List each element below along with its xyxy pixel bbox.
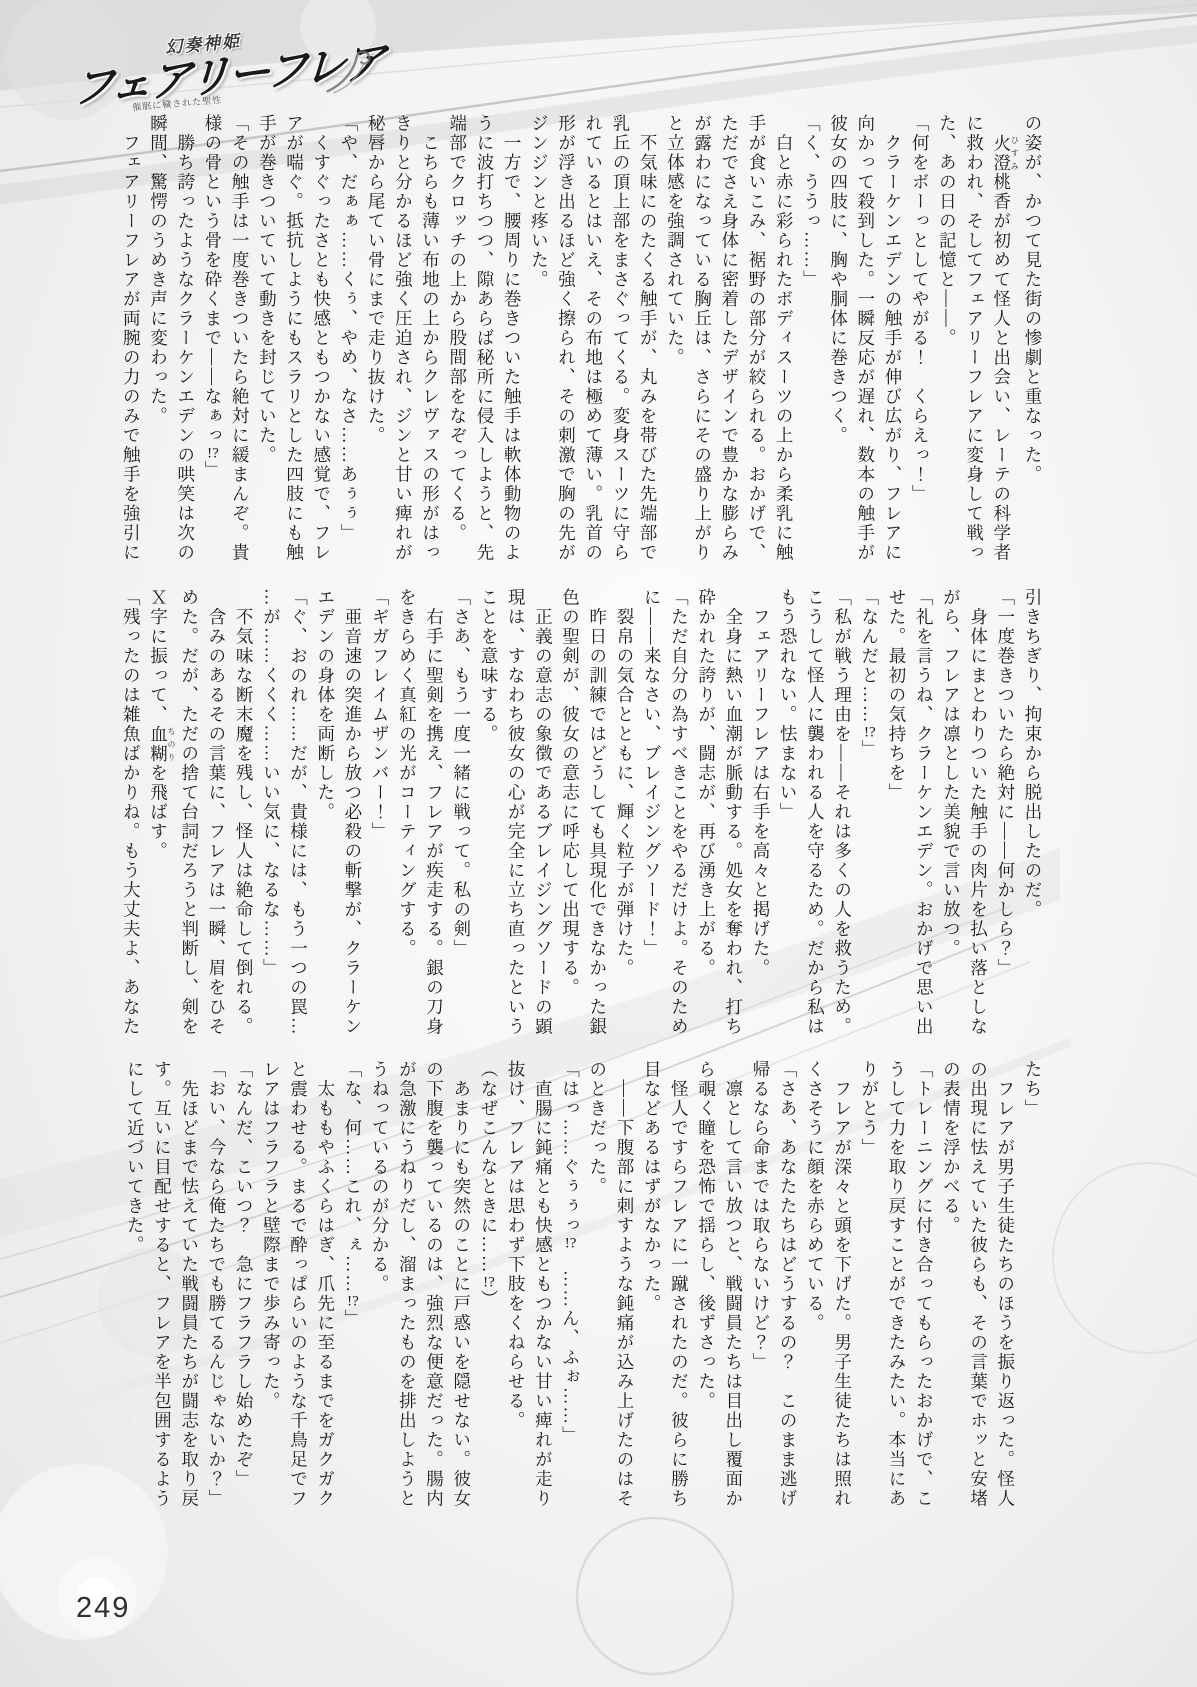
text-column: 裂帛の気合とともに、輝く粒子が弾けた。	[611, 588, 638, 1046]
text-column: ただでさえ身体に密着したデザインで豊かな膨らみ	[716, 114, 743, 572]
text-column: 色の聖剣が、彼女の意志に呼応して出現する。	[556, 588, 583, 1046]
text-column: が露わになっている胸丘は、さらにその盛り上がり	[688, 114, 715, 572]
text-column: Ｘ字に振って、血糊ちのりを飛ばす。	[144, 588, 175, 1046]
text-column: が急激にうねりだし、溜まったものを排出しようと	[393, 1060, 420, 1518]
text-column: 勝ち誇ったようなクラーケンエデンの哄笑は次の	[172, 114, 199, 572]
text-column: 「な、何……これ、ぇ……!?」	[339, 1060, 366, 1518]
text-column: 現は、すなわち彼女の心が完全に立ち直ったという	[502, 588, 529, 1046]
text-column: 一方で、腰周りに巻きついた触手は軟体動物のよ	[498, 114, 525, 572]
text-column: フレアが深々と頭を下げた。男子生徒たちは照れ	[828, 1060, 855, 1518]
text-column: に――来なさい、ブレイジングソード！」	[638, 588, 665, 1046]
text-column: 乳丘の頂上部をまさぐってくる。変身スーツに守ら	[607, 114, 634, 572]
text-column: にして近づいてきた。	[121, 1060, 148, 1518]
text-column: 端部でクロッチの上から股間部をなぞってくる。	[444, 114, 471, 572]
text-column: あまりにも突然のことに戸惑いを隠せない。彼女	[448, 1060, 475, 1518]
text-column: のときだった。	[584, 1060, 611, 1518]
text-column: 含みのあるその言葉に、フレアは一瞬、眉をひそ	[203, 588, 230, 1046]
text-column: 太ももやふくらはぎ、爪先に至るまでをガクガク	[312, 1060, 339, 1518]
text-column: うに波打ちつつ、隙あらば秘所に侵入しようと、先	[471, 114, 498, 572]
text-column: 「はっ……ぐぅぅっ!? ……ん、ふぉ……」	[556, 1060, 583, 1518]
text-column: 「一度巻きついたら絶対に――何かしら？」	[992, 588, 1019, 1046]
text-column: の表情を浮かべる。	[937, 1060, 964, 1518]
text-column: 不気味にのたくる触手が、丸みを帯びた先端部で	[634, 114, 661, 572]
text-column: 亜音速の突進から放つ必殺の斬撃が、クラーケン	[339, 588, 366, 1046]
text-column: 「なんだと……!?」	[856, 588, 883, 1046]
text-column: た、あの日の記憶と――。	[933, 114, 960, 572]
text-column: 火澄ひすみ桃香が初めて怪人と出会い、レーテの科学者	[988, 114, 1019, 572]
text-column: たち」	[1019, 1060, 1046, 1518]
text-column: 砕かれた誇りが、闘志が、再び湧き上がる。	[692, 588, 719, 1046]
text-column: れているとはいえ、その布地は極めて薄い。乳首の	[580, 114, 607, 572]
text-column: 「その触手は一度巻きついたら絶対に緩まんぞ。貴	[226, 114, 253, 572]
text-column: 形が浮き出るほど強く擦られ、その刺激で胸の先が	[552, 114, 579, 572]
text-column: と立体感を強調されていた。	[661, 114, 688, 572]
text-column: こちらも薄い布地の上からクレヴァスの形がはっ	[416, 114, 443, 572]
text-column: に救われ、そしてフェアリーフレアに変身して戦っ	[960, 114, 987, 572]
text-column: 手が巻きついていて動きを封じていた。	[253, 114, 280, 572]
text-column: 白と赤に彩られたボディスーツの上から柔乳に触	[770, 114, 797, 572]
text-column: の出現に怯えていた彼らも、その言葉でホッと安堵	[964, 1060, 991, 1518]
text-column: 正義の意志の象徴であるブレイジングソードの顕	[529, 588, 556, 1046]
text-column: 手が食いこみ、裾野の部分が絞られる。おかげで、	[743, 114, 770, 572]
text-column: をきらめく真紅の光がコーティングする。	[393, 588, 420, 1046]
text-column: の姿が、かつて見た街の惨劇と重なった。	[1019, 114, 1046, 572]
text-block-top: の姿が、かつて見た街の惨劇と重なった。 火澄ひすみ桃香が初めて怪人と出会い、レー…	[112, 114, 1046, 572]
text-column: フェアリーフレアが両腕の力のみで触手を強引に	[117, 114, 144, 572]
text-column: うねっているのが分かる。	[366, 1060, 393, 1518]
text-column: フレアが男子生徒たちのほうを振り返った。怪人	[992, 1060, 1019, 1518]
text-column: アが喘ぐ。抵抗しようにもスラリとした四肢にも触	[280, 114, 307, 572]
text-column: せた。最初の気持ちを」	[883, 588, 910, 1046]
text-column: クラーケンエデンの触手が伸び広がり、フレアに	[879, 114, 906, 572]
text-column: 瞬間、驚愕のうめき声に変わった。	[144, 114, 171, 572]
text-column: 不気味な断末魔を残し、怪人は絶命して倒れる。	[230, 588, 257, 1046]
text-column: レアはフラフラと壁際まで歩み寄った。	[257, 1060, 284, 1518]
text-column: うして力を取り戻すことができたみたい。本当にあ	[883, 1060, 910, 1518]
text-column: 直腸に鈍痛とも快感ともつかない甘い痺れが走り	[529, 1060, 556, 1518]
novel-page: 幻奏神姫 フェアリーフレア 催眠に穢された聖性 の姿が、かつて見た街の惨劇と重な…	[0, 0, 1197, 1687]
text-column: 「さあ、あなたたちはどうするの？ このまま逃げ	[774, 1060, 801, 1518]
text-column: の下腹を襲っているのは、強烈な便意だった。腸内	[420, 1060, 447, 1518]
text-column: …が……くくく……いい気に、なるな……」	[257, 588, 284, 1046]
text-column: 「ギガフレイムザンバー！」	[366, 588, 393, 1046]
text-column: と震わせる。まるで酔っぱらいのような千鳥足でフ	[284, 1060, 311, 1518]
text-column: 怪人ですらフレアに一蹴されたのだ。彼らに勝ち	[665, 1060, 692, 1518]
text-column: りがとう」	[856, 1060, 883, 1518]
logo-flourish-icon	[322, 47, 378, 95]
text-column: 「さあ、もう一度一緒に戦って。私の剣」	[448, 588, 475, 1046]
text-column: 凛として言い放つと、戦闘員たちは目出し覆面か	[720, 1060, 747, 1518]
text-column: 昨日の訓練ではどうしても具現化できなかった銀	[584, 588, 611, 1046]
text-column: ジンジンと疼いた。	[525, 114, 552, 572]
text-column: 身体にまとわりついた触手の肉片を払い落としな	[964, 588, 991, 1046]
text-column: 「礼を言うね、クラーケンエデン。おかげで思い出	[910, 588, 937, 1046]
text-column: （なぜこんなときに……!?）	[475, 1060, 502, 1518]
text-column: こうして怪人に襲われる人を守るため。だから私は	[801, 588, 828, 1046]
text-column: 「ぐ、おのれ……だが、貴様には、もう一つの罠…	[284, 588, 311, 1046]
text-column: 「く、ううっ……」	[797, 114, 824, 572]
text-column: 「や、だぁぁ……くぅ、やめ、なさ……あぅぅ」	[335, 114, 362, 572]
text-column: 「ただ自分の為すべきことをやるだけよ。そのため	[665, 588, 692, 1046]
text-column: す。互いに目配せすると、フレアを半包囲するよう	[148, 1060, 175, 1518]
text-column: 「おい、今なら俺たちでも勝てるんじゃないか？」	[203, 1060, 230, 1518]
text-column: 右手に聖剣を携え、フレアが疾走する。銀の刀身	[420, 588, 447, 1046]
text-column: 向かって殺到した。一瞬反応が遅れ、数本の触手が	[852, 114, 879, 572]
text-block-middle: 引きちぎり、拘束から脱出したのだ。「一度巻きついたら絶対に――何かしら？」 身体…	[112, 588, 1046, 1046]
text-column: 全身に熱い血潮が脈動する。処女を奪われ、打ち	[720, 588, 747, 1046]
text-column: がら、フレアは凛とした美貌で言い放つ。	[937, 588, 964, 1046]
text-column: エデンの身体を両断した。	[312, 588, 339, 1046]
text-column: 「トレーニングに付き合ってもらったおかげで、こ	[910, 1060, 937, 1518]
text-column: フェアリーフレアは右手を高々と掲げた。	[747, 588, 774, 1046]
text-column: くさそうに顔を赤らめている。	[801, 1060, 828, 1518]
text-column: めた。だが、ただの捨て台詞だろうと判断し、剣を	[176, 588, 203, 1046]
text-column: くすぐったさとも快感ともつかない感覚で、フレ	[308, 114, 335, 572]
text-column: 秘唇から尾てい骨にまで走り抜けた。	[362, 114, 389, 572]
text-column: 彼女の四肢に、胸や胴体に巻きつく。	[824, 114, 851, 572]
text-column: 「残ったのは雑魚ばかりね。もう大丈夫よ、あなた	[117, 588, 144, 1046]
text-column: 抜け、フレアは思わず下肢をくねらせる。	[502, 1060, 529, 1518]
text-column: 目などあるはずがなかった。	[638, 1060, 665, 1518]
text-column: 「なんだ、こいつ？ 急にフラフラし始めたぞ」	[230, 1060, 257, 1518]
page-number: 249	[76, 1592, 130, 1625]
text-column: ら覗く瞳を恐怖で揺らし、後ずさった。	[692, 1060, 719, 1518]
text-column: 引きちぎり、拘束から脱出したのだ。	[1019, 588, 1046, 1046]
text-column: 帰るなら命までは取らないけど？」	[747, 1060, 774, 1518]
text-column: 様の骨という骨を砕くまで――なぁっ!?」	[199, 114, 226, 572]
text-block-bottom: たち」 フレアが男子生徒たちのほうを振り返った。怪人の出現に怯えていた彼らも、そ…	[112, 1060, 1046, 1518]
text-column: 「何をボーっとしてやがる！ くらえっ！」	[906, 114, 933, 572]
text-column: ことを意味する。	[475, 588, 502, 1046]
text-column: ――下腹部に刺すような鈍痛が込み上げたのはそ	[611, 1060, 638, 1518]
text-column: 「私が戦う理由を――それは多くの人を救うため。	[828, 588, 855, 1046]
text-column: 先ほどまで怯えていた戦闘員たちが闘志を取り戻	[176, 1060, 203, 1518]
text-column: きりと分かるほど強く圧迫され、ジンと甘い痺れが	[389, 114, 416, 572]
text-column: もう恐れない。怯まない」	[774, 588, 801, 1046]
